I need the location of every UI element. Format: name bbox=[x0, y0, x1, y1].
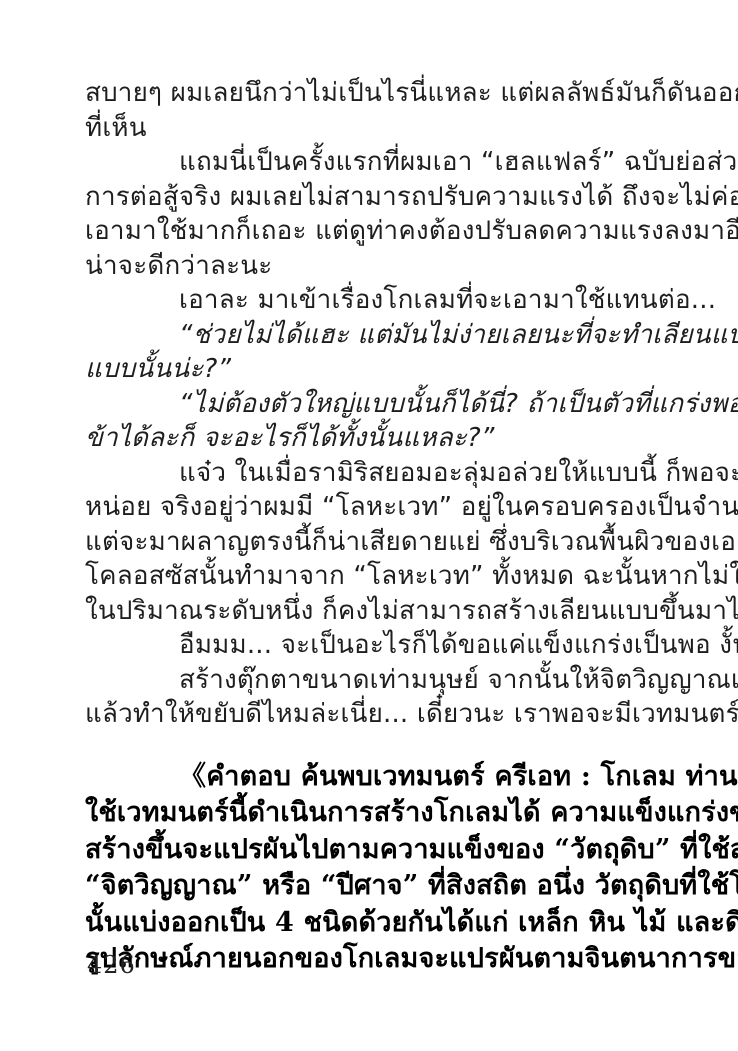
page-body-text: สบายๆ ผมเลยนึกว่าไม่เป็นไรนี่แหละ แต่ผลล… bbox=[85, 76, 660, 978]
text-line: “ไม่ต้องตัวใหญ่แบบนั้นก็ได้นี่? ถ้าเป็นต… bbox=[85, 387, 660, 422]
text-line: อืมมม... จะเป็นอะไรก็ได้ขอแค่แข็งแกร่งเป… bbox=[85, 628, 660, 663]
text-line: เอาละ มาเข้าเรื่องโกเลมที่จะเอามาใช้แทนต… bbox=[85, 283, 660, 318]
dialogue-1: “ช่วยไม่ได้แฮะ แต่มันไม่ง่ายเลยนะที่จะทำ… bbox=[85, 318, 660, 387]
para-continuation: สบายๆ ผมเลยนึกว่าไม่เป็นไรนี่แหละ แต่ผลล… bbox=[85, 76, 660, 145]
para-hmm: อืมมม... จะเป็นอะไรก็ได้ขอแค่แข็งแกร่งเป… bbox=[85, 628, 660, 663]
text-line: น่าจะดีกว่าละนะ bbox=[85, 249, 660, 284]
text-line: แจ๋ว ในเมื่อรามิริสยอมอะลุ่มอล่วยให้แบบน… bbox=[85, 456, 660, 491]
text-line: โคลอสซัสนั้นทำมาจาก “โลหะเวท” ทั้งหมด ฉะ… bbox=[85, 559, 660, 594]
text-line: “ช่วยไม่ได้แฮะ แต่มันไม่ง่ายเลยนะที่จะทำ… bbox=[85, 318, 660, 353]
dialogue-2: “ไม่ต้องตัวใหญ่แบบนั้นก็ได้นี่? ถ้าเป็นต… bbox=[85, 387, 660, 456]
para-magisteel: แจ๋ว ในเมื่อรามิริสยอมอะลุ่มอล่วยให้แบบน… bbox=[85, 456, 660, 629]
answer-block: 《คำตอบ ค้นพบเวทมนตร์ ครีเอท : โกเลม ท่าน… bbox=[85, 759, 660, 978]
text-line: แถมนี่เป็นครั้งแรกที่ผมเอา “เฮลแฟลร์” ฉบ… bbox=[85, 145, 660, 180]
book-page: สบายๆ ผมเลยนึกว่าไม่เป็นไรนี่แหละ แต่ผลล… bbox=[0, 0, 738, 1051]
text-line: ใช้เวทมนตร์นี้ดำเนินการสร้างโกเลมได้ ควา… bbox=[85, 795, 660, 832]
text-line: นั้นแบ่งออกเป็น 4 ชนิดด้วยกันได้แก่ เหล็… bbox=[85, 905, 660, 942]
text-line: แล้วทำให้ขยับดีไหมล่ะเนี่ย... เดี๋ยวนะ เ… bbox=[85, 697, 660, 732]
text-line: 《คำตอบ ค้นพบเวทมนตร์ ครีเอท : โกเลม ท่าน… bbox=[85, 759, 660, 796]
text-line: ที่เห็น bbox=[85, 111, 660, 146]
text-line: การต่อสู้จริง ผมเลยไม่สามารถปรับความแรงไ… bbox=[85, 180, 660, 215]
text-line: ในปริมาณระดับหนึ่ง ก็คงไม่สามารถสร้างเลี… bbox=[85, 594, 660, 629]
text-line: หน่อย จริงอยู่ว่าผมมี “โลหะเวท” อยู่ในคร… bbox=[85, 490, 660, 525]
text-line: ข้าได้ละก็ จะอะไรก็ได้ทั้งนั้นแหละ?” bbox=[85, 421, 660, 456]
para-golem-intro: เอาละ มาเข้าเรื่องโกเลมที่จะเอามาใช้แทนต… bbox=[85, 283, 660, 318]
para-hellflare: แถมนี่เป็นครั้งแรกที่ผมเอา “เฮลแฟลร์” ฉบ… bbox=[85, 145, 660, 283]
page-number: 426 bbox=[87, 951, 136, 979]
text-line: แต่จะมาผลาญตรงนี้ก็น่าเสียดายแย่ ซึ่งบริ… bbox=[85, 525, 660, 560]
text-line: “จิตวิญญาณ” หรือ “ปีศาจ” ที่สิงสถิต อนึ่… bbox=[85, 868, 660, 905]
text-line: รูปลักษณ์ภายนอกของโกเลมจะแปรผันตามจินตนา… bbox=[85, 941, 660, 978]
text-line: แบบนั้นน่ะ?” bbox=[85, 352, 660, 387]
para-doll-idea: สร้างตุ๊กตาขนาดเท่ามนุษย์ จากนั้นให้จิตว… bbox=[85, 663, 660, 732]
text-line: เอามาใช้มากก็เถอะ แต่ดูท่าคงต้องปรับลดคว… bbox=[85, 214, 660, 249]
text-line: สร้างตุ๊กตาขนาดเท่ามนุษย์ จากนั้นให้จิตว… bbox=[85, 663, 660, 698]
text-line: สบายๆ ผมเลยนึกว่าไม่เป็นไรนี่แหละ แต่ผลล… bbox=[85, 76, 660, 111]
text-line: สร้างขึ้นจะแปรผันไปตามความแข็งของ “วัตถุ… bbox=[85, 832, 660, 869]
